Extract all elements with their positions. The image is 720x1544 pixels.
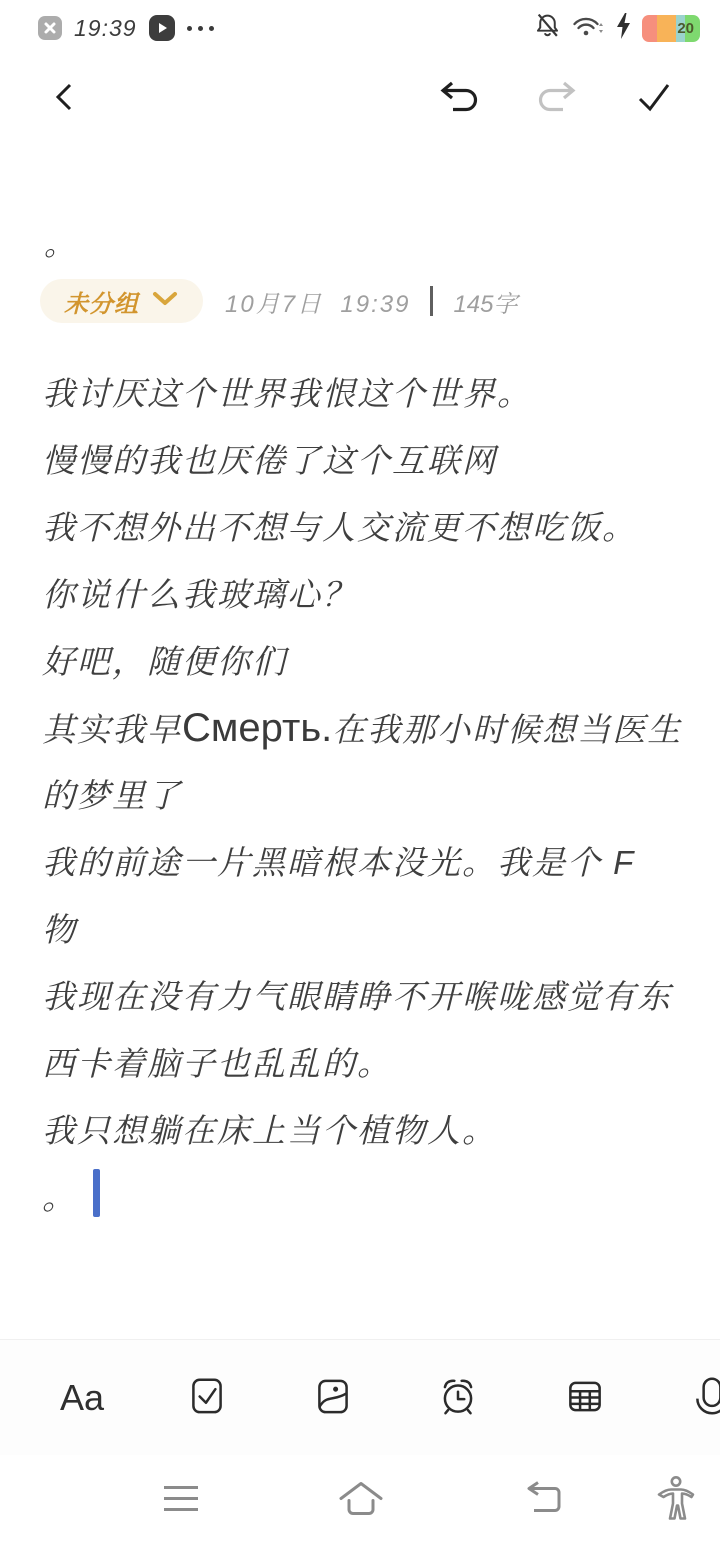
editor-toolbar — [0, 56, 720, 140]
text-segment: 我的前途一片黑暗根本没光。我是个 F — [42, 844, 635, 881]
accessibility-button[interactable] — [654, 1474, 698, 1525]
play-badge-icon — [149, 15, 175, 41]
back-chevron-icon — [50, 80, 80, 117]
status-bar-right: 20 — [534, 12, 700, 45]
text-cursor — [93, 1169, 100, 1217]
voice-note-button[interactable] — [689, 1373, 720, 1422]
redo-button[interactable] — [536, 79, 578, 118]
status-bar: 19:39 — [0, 0, 720, 56]
redo-icon — [536, 79, 578, 118]
text-segment: 我讨厌这个世界我恨这个世界。 — [42, 375, 532, 412]
note-line[interactable]: 我现在没有力气眼睛睁不开喉咙感觉有东 — [42, 963, 680, 1030]
text-segment: 物 — [42, 911, 77, 948]
undo-button[interactable] — [438, 79, 480, 118]
undo-icon — [438, 79, 480, 118]
text-segment: 在我那小时候想当医生 — [332, 711, 682, 748]
note-line[interactable]: 我只想躺在床上当个植物人。 — [42, 1097, 680, 1164]
text-segment: 好吧，随便你们 — [42, 643, 287, 680]
word-count: 145字 — [453, 284, 517, 319]
check-icon — [634, 80, 674, 117]
recents-menu-icon — [156, 1478, 206, 1521]
recents-button[interactable] — [156, 1478, 206, 1521]
note-date: 10月7日 19:39 — [225, 284, 410, 319]
accessibility-person-icon — [654, 1474, 698, 1525]
note-line[interactable]: 好吧，随便你们 — [42, 628, 680, 695]
reminder-button[interactable] — [435, 1373, 481, 1422]
back-button[interactable] — [50, 80, 80, 117]
return-arrow-icon — [520, 1477, 566, 1522]
note-line[interactable]: 。 — [42, 1164, 680, 1231]
back-nav-button[interactable] — [520, 1477, 566, 1522]
note-line[interactable]: 我不想外出不想与人交流更不想吃饭。 — [42, 494, 680, 561]
checklist-icon — [184, 1373, 230, 1422]
note-line[interactable]: 的梦里了 — [42, 762, 680, 829]
text-style-label: Aa — [60, 1377, 104, 1419]
insert-table-button[interactable] — [562, 1373, 608, 1422]
charging-bolt-icon — [615, 12, 632, 45]
battery-icon: 20 — [642, 15, 700, 42]
image-icon — [310, 1373, 356, 1422]
text-segment: 我不想外出不想与人交流更不想吃饭。 — [42, 509, 637, 546]
text-segment: 我只想躺在床上当个植物人。 — [42, 1112, 497, 1149]
home-icon — [335, 1476, 387, 1523]
note-line[interactable]: 西卡着脑子也乱乱的。 — [42, 1030, 680, 1097]
more-dots-icon — [187, 26, 214, 31]
home-button[interactable] — [335, 1476, 387, 1523]
status-bar-left: 19:39 — [38, 15, 214, 42]
text-segment: 西卡着脑子也乱乱的。 — [42, 1045, 392, 1082]
format-bar: Aa — [0, 1339, 720, 1455]
x-badge-icon — [38, 16, 62, 40]
table-icon — [562, 1373, 608, 1422]
text-segment: Смерть. — [182, 706, 332, 750]
text-segment: 的梦里了 — [42, 777, 182, 814]
group-tag-label: 未分组 — [64, 284, 139, 319]
notifications-off-icon — [534, 12, 561, 44]
note-line[interactable]: 物 — [42, 896, 680, 963]
microphone-icon — [689, 1373, 720, 1422]
text-segment: 你说什么我玻璃心？ — [42, 576, 357, 613]
text-segment: 其实我早 — [42, 711, 182, 748]
checklist-button[interactable] — [184, 1373, 230, 1422]
text-segment: 我现在没有力气眼睛睁不开喉咙感觉有东 — [42, 978, 672, 1015]
wifi-icon — [571, 13, 605, 44]
text-style-button[interactable]: Aa — [60, 1377, 104, 1419]
note-line[interactable]: 你说什么我玻璃心？ — [42, 561, 680, 628]
status-time: 19:39 — [74, 15, 137, 42]
text-segment: 慢慢的我也厌倦了这个互联网 — [42, 442, 497, 479]
navigation-bar — [0, 1455, 720, 1544]
note-editor[interactable]: 我讨厌这个世界我恨这个世界。慢慢的我也厌倦了这个互联网我不想外出不想与人交流更不… — [42, 360, 680, 1231]
alarm-clock-icon — [435, 1373, 481, 1422]
note-line[interactable]: 我的前途一片黑暗根本没光。我是个 F — [42, 829, 680, 896]
group-tag-button[interactable]: 未分组 — [40, 279, 203, 323]
note-title[interactable]: 。 — [44, 228, 720, 264]
text-segment: 。 — [42, 1179, 77, 1216]
meta-divider — [430, 286, 433, 316]
insert-image-button[interactable] — [310, 1373, 356, 1422]
note-line[interactable]: 慢慢的我也厌倦了这个互联网 — [42, 427, 680, 494]
confirm-button[interactable] — [634, 80, 674, 117]
battery-percent: 20 — [642, 15, 694, 42]
chevron-down-icon — [151, 287, 179, 315]
note-line[interactable]: 我讨厌这个世界我恨这个世界。 — [42, 360, 680, 427]
note-meta-row: 未分组 10月7日 19:39 145字 — [40, 278, 720, 324]
note-line[interactable]: 其实我早Смерть.在我那小时候想当医生 — [42, 695, 680, 762]
